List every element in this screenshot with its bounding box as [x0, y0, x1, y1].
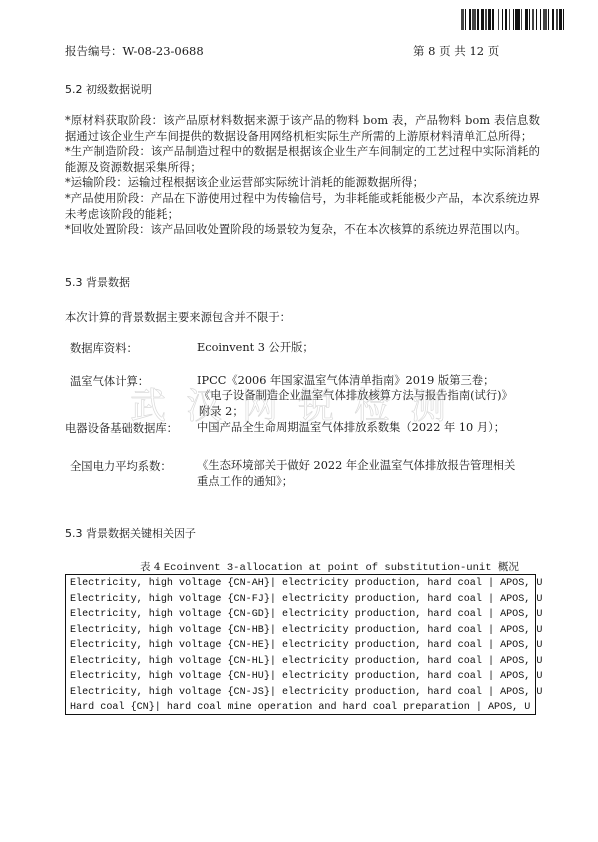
- table-row: Electricity, high voltage {CN-HL}| elect…: [66, 654, 535, 670]
- source-value-grid-factor-line1: 《生态环境部关于做好 2022 年企业温室气体排放报告管理相关: [197, 458, 515, 474]
- barcode: [461, 9, 569, 30]
- ecoinvent-factors-table: Electricity, high voltage {CN-AH}| elect…: [65, 574, 536, 715]
- paragraph-raw-material: *原材料获取阶段：该产品原材料数据来源于该产品的物料 bom 表，产品物料 bo…: [65, 113, 540, 144]
- source-value-ghg-line3: 附录 2；: [199, 404, 244, 420]
- source-label-electrical: 电器设备基础数据库：: [65, 420, 178, 436]
- section-5-3-title: 5.3 背景数据: [65, 274, 130, 290]
- table-row: Electricity, high voltage {CN-HE}| elect…: [66, 638, 535, 654]
- table-row: Electricity, high voltage {CN-JS}| elect…: [66, 685, 535, 701]
- table-row: Electricity, high voltage {CN-HU}| elect…: [66, 669, 535, 685]
- source-value-ghg-line1: IPCC《2006 年国家温室气体清单指南》2019 版第三卷；: [197, 373, 494, 389]
- paragraph-transport: *运输阶段：运输过程根据该企业运营部实际统计消耗的能源数据所得；: [65, 175, 540, 191]
- section-5-2-title: 5.2 初级数据说明: [65, 81, 152, 97]
- table-caption-suffix: 概况: [498, 561, 519, 573]
- source-label-grid-factor: 全国电力平均系数：: [70, 458, 172, 474]
- source-label-ghg: 温室气体计算：: [70, 373, 149, 389]
- table-row: Electricity, high voltage {CN-FJ}| elect…: [66, 592, 535, 608]
- page-indicator: 第 8 页 共 12 页: [413, 43, 499, 59]
- source-value-ghg-line2: 《电子设备制造企业温室气体排放核算方法与报告指南(试行)》: [199, 388, 513, 404]
- report-number: 报告编号：W-08-23-0688: [65, 43, 204, 59]
- source-label-database: 数据库资料：: [70, 340, 138, 356]
- primary-data-description: *原材料获取阶段：该产品原材料数据来源于该产品的物料 bom 表，产品物料 bo…: [65, 113, 540, 238]
- section-5-3-factors-title: 5.3 背景数据关键相关因子: [65, 525, 196, 541]
- table-row: Electricity, high voltage {CN-AH}| elect…: [66, 576, 535, 592]
- table-row: Hard coal {CN}| hard coal mine operation…: [66, 700, 535, 716]
- source-value-electrical: 中国产品全生命周期温室气体排放系数集（2022 年 10 月）；: [197, 420, 505, 436]
- paragraph-manufacturing: *生产制造阶段：该产品制造过程中的数据是根据该企业生产车间制定的工艺过程中实际消…: [65, 144, 540, 175]
- background-intro: 本次计算的背景数据主要来源包含并不限于：: [65, 309, 291, 325]
- table-row: Electricity, high voltage {CN-HB}| elect…: [66, 623, 535, 639]
- table-row: Electricity, high voltage {CN-GD}| elect…: [66, 607, 535, 623]
- paragraph-product-use: *产品使用阶段：产品在下游使用过程中为传输信号，为非耗能或耗能极少产品，本次系统…: [65, 191, 540, 222]
- table-caption-main: Ecoinvent 3-allocation at point of subst…: [164, 562, 498, 574]
- source-value-database: Ecoinvent 3 公开版；: [197, 340, 314, 356]
- paragraph-recycling: *回收处置阶段：该产品回收处置阶段的场景较为复杂，不在本次核算的系统边界范围以内…: [65, 222, 540, 238]
- source-value-grid-factor-line2: 重点工作的通知》；: [197, 474, 293, 490]
- table-caption: 表 4 Ecoinvent 3-allocation at point of s…: [140, 559, 519, 574]
- table-caption-prefix: 表 4: [140, 561, 164, 573]
